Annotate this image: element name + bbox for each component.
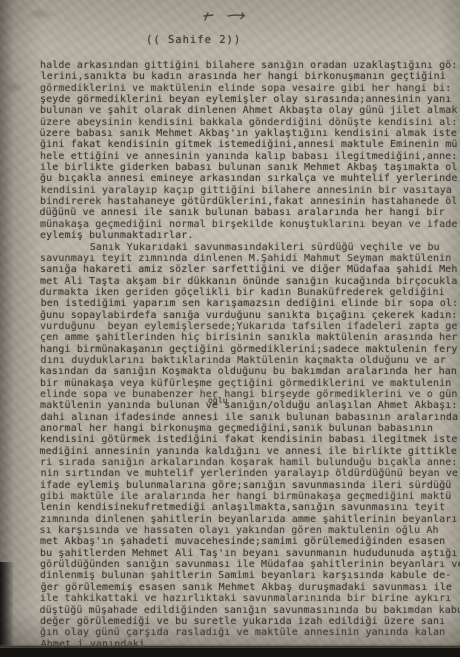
superscript-insertion: oğlu <box>208 396 228 405</box>
document-body-text: halde arkasından gittiğini bilahere sanı… <box>40 60 460 650</box>
text-line: durmakta iken geriden göçelikli bir kadı… <box>40 287 460 298</box>
photo-dark-edge <box>0 648 460 657</box>
text-line: lerini,sanıkta bu kadın arasında her han… <box>41 71 460 82</box>
text-line: üzere abeysinin kendisini bakkala gönder… <box>40 117 460 128</box>
text-line: ğer görülememiş esasen sanık Mehmet Akba… <box>41 582 460 593</box>
text-line: üzere babası sanık Mehmet Akbaş'ın yakla… <box>40 128 460 139</box>
text-line: lenin kendisinekufretmediği anlaşılmakta… <box>40 502 460 513</box>
text-line: bulunan ve şahit olarak dinlenen Ahmet A… <box>40 105 460 116</box>
text-line: değer görülemediği ve bu suretle yukarıd… <box>40 616 460 627</box>
text-line: ifade eylemiş bulunmalarına göre;sanığın… <box>40 480 460 491</box>
text-line: düştüğü müşahade edildiğinden sanığın sa… <box>40 605 460 616</box>
text-line: maktülenin yanında bulunan ve sanığın/ol… <box>40 400 460 411</box>
text-line: dinlenmiş bulunan şahitlerin Samimi beya… <box>40 570 460 581</box>
scanned-document-photo: (( Sahife 2)) halde arkasından gittiğini… <box>0 0 460 657</box>
pen-stroke-icon <box>200 10 260 24</box>
text-line: met Ali Taşta akşam bir dükkanın önünde … <box>40 276 460 287</box>
text-line: savunmayı teyit zımnında dinlenen M.Şahi… <box>40 253 460 264</box>
text-line: şeyde görmediklerini beyan eylemişler ol… <box>40 94 460 105</box>
ink-smudge <box>2 80 24 94</box>
text-line: ri sırada sanığın arkalarından koşarak h… <box>40 457 460 468</box>
text-line: çen amme şahitlerinden hiç birisinin san… <box>40 332 460 343</box>
text-line: düğünü ve annesi ile sanık bulunan babas… <box>40 207 460 218</box>
text-line: münakaşa geçmediğini normal birşekilde k… <box>40 219 460 230</box>
text-line: bir münakaşa veya küfürleşme geçtiğini g… <box>40 378 460 389</box>
text-line: görüldüğünden sanığın savunması ile Müda… <box>40 559 460 570</box>
text-line: halde arkasından gittiğini bilahere sanı… <box>40 60 460 71</box>
text-line: görmediklerini ve maktülenin elinde sopa… <box>40 83 460 94</box>
text-line: sanığa hakareti amiz sözler sarfettiğini… <box>40 264 460 275</box>
text-line: ğini fakat kendisinin gitmek istemediğin… <box>40 139 460 150</box>
text-line: ğın olay günü çarşıda rasladığı ve maktü… <box>40 627 460 638</box>
text-line: kasından da sanığın Koşmakta olduğunu bu… <box>40 366 460 377</box>
text-line: kendisini götürmek istediğini fakat kend… <box>40 434 460 445</box>
text-line: gibi maktüle ile aralarında her hangi bi… <box>40 491 460 502</box>
corner-shadow <box>0 562 14 646</box>
text-line: sı karşısında ve hassaten olayı yakından… <box>40 525 460 536</box>
text-line: bindirerek hastahaneye götürdüklerini,fa… <box>40 196 460 207</box>
text-line: met Akbaş'ın şahadeti muvacehesinde;sami… <box>40 536 460 547</box>
text-line: mediğini annesinin yanında kaldığını ve … <box>40 446 460 457</box>
text-line: zımnında dinlenen şahitlerin beyanlarıda… <box>40 514 460 525</box>
text-line: hangi birmünakaşanın geçtiğini görmedikl… <box>40 344 460 355</box>
text-line: nin sırtından ve muhtelif yerlerinden ya… <box>41 468 460 479</box>
text-line: ben istediğimi yaparım sen karışamazsın … <box>41 298 460 309</box>
text-line: dını duyduklarını baktıklarında Maktülen… <box>41 355 460 366</box>
pen-marks <box>200 9 260 28</box>
text-line: ile tahkikattaki ve hazırlıktaki savunma… <box>40 593 460 604</box>
page-heading: (( Sahife 2)) <box>146 34 241 46</box>
text-line: Sanık Yukarıdaki savunmasındakileri sürd… <box>41 242 460 253</box>
ink-smudge <box>28 8 54 20</box>
text-line: eylemiş bulunmaktadırlar. <box>40 230 460 241</box>
text-line: dahi alınan ifadesinde annesi ile sanık … <box>41 412 460 423</box>
text-line: anormal her hangi birkonuşma geçmediğini… <box>40 423 460 434</box>
text-line: hele ettiğini ve annesinin yanında kalıp… <box>40 151 460 162</box>
text-line: elinde sopa ve bunabenzer her hangi birş… <box>40 389 460 400</box>
text-line: bu şahitlerden Mehmet Ali Taş'ın beyanı … <box>40 548 460 559</box>
text-line: kendisini yaralayıp kaçıp gittiğini bila… <box>41 185 460 196</box>
text-line: ğunu sopaylabirdefa sanığa vurduğunu san… <box>40 310 460 321</box>
text-line: vurduğunu beyan eylemişlersede;Yukarıda … <box>40 321 460 332</box>
text-line: ğu bıçakla annesi emineye arkasından sır… <box>40 173 460 184</box>
text-line: ile birlikte giderken babası bulunan san… <box>40 162 460 173</box>
